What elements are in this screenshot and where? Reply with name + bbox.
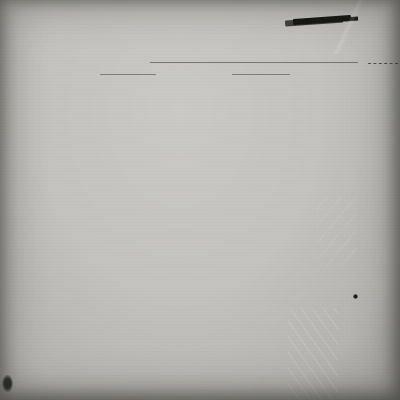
handwritten-date-to	[232, 64, 290, 75]
redaction-stamp	[293, 15, 351, 25]
pencil-scratch-marks	[288, 308, 338, 400]
handwritten-year-digit	[340, 64, 352, 74]
scanned-document-page	[0, 0, 400, 400]
pencil-scratch-marks	[316, 196, 356, 266]
subtitle-line-period	[0, 64, 400, 76]
dashed-rule	[368, 54, 398, 64]
ink-blot	[2, 375, 13, 392]
ink-dot	[353, 294, 358, 299]
handwritten-unit-name	[150, 52, 358, 63]
paper-fold-line	[286, 0, 400, 54]
subtitle-line-unit	[0, 52, 400, 64]
handwritten-date-from	[100, 64, 156, 75]
